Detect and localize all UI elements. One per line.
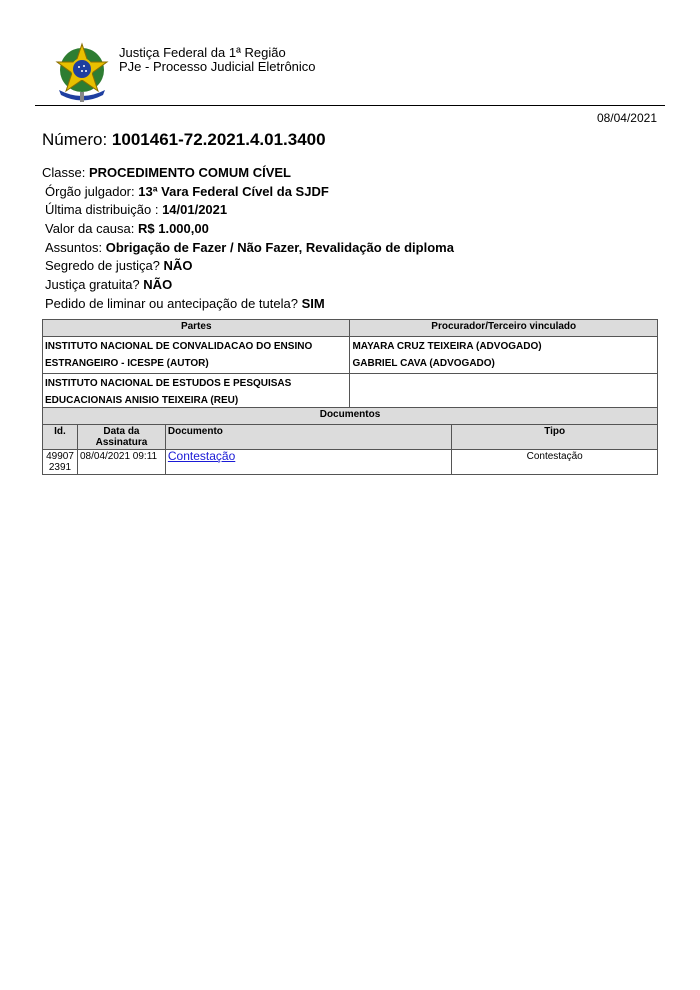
date-header: Data da Assinatura [77, 425, 165, 450]
document-cell: Contestação [165, 450, 451, 475]
field-label: Valor da causa: [45, 221, 134, 236]
field-label: Classe: [42, 165, 85, 180]
field-value: 14/01/2021 [162, 202, 227, 217]
field-value: PROCEDIMENTO COMUM CÍVEL [89, 165, 291, 180]
process-info: Classe: PROCEDIMENTO COMUM CÍVEL Órgão j… [42, 164, 454, 314]
documents-table: Documentos Id. Data da Assinatura Docume… [42, 407, 658, 475]
document-id-line: 2391 [45, 462, 75, 473]
field-classe: Classe: PROCEDIMENTO COMUM CÍVEL [42, 164, 454, 183]
field-label: Pedido de liminar ou antecipação de tute… [45, 296, 298, 311]
documents-title: Documentos [43, 408, 658, 425]
process-number: Número: 1001461-72.2021.4.01.3400 [42, 130, 326, 150]
document-type: Contestação [452, 450, 658, 475]
field-ultima-distribuicao: Última distribuição : 14/01/2021 [42, 201, 454, 220]
document-header: Documento [165, 425, 451, 450]
brazil-coat-of-arms-icon [49, 40, 115, 106]
print-date: 08/04/2021 [597, 111, 657, 125]
field-value: 13ª Vara Federal Cível da SJDF [138, 184, 329, 199]
date-header-line: Data da [80, 426, 163, 437]
field-valor-causa: Valor da causa: R$ 1.000,00 [42, 220, 454, 239]
field-label: Última distribuição : [45, 202, 158, 217]
date-header-line: Assinatura [80, 437, 163, 448]
parties-table: Partes Procurador/Terceiro vinculado INS… [42, 319, 658, 411]
party-name: INSTITUTO NACIONAL DE CONVALIDACAO DO EN… [45, 338, 347, 355]
table-row: INSTITUTO NACIONAL DE CONVALIDACAO DO EN… [43, 337, 658, 374]
header-divider [35, 105, 665, 106]
field-value: NÃO [164, 258, 193, 273]
document-id: 49907 2391 [43, 450, 78, 475]
document-date: 08/04/2021 09:11 [77, 450, 165, 475]
attorney-header: Procurador/Terceiro vinculado [350, 320, 658, 337]
attorney-cell [350, 374, 658, 411]
page-header: Justiça Federal da 1ª Região PJe - Proce… [35, 38, 665, 106]
party-name: ESTRANGEIRO - ICESPE (AUTOR) [45, 355, 347, 372]
header-title: Justiça Federal da 1ª Região PJe - Proce… [119, 46, 316, 74]
parties-header: Partes [43, 320, 350, 337]
field-orgao-julgador: Órgão julgador: 13ª Vara Federal Cível d… [42, 183, 454, 202]
field-value: NÃO [143, 277, 172, 292]
field-assuntos: Assuntos: Obrigação de Fazer / Não Fazer… [42, 239, 454, 258]
court-name: Justiça Federal da 1ª Região [119, 46, 316, 60]
field-pedido-liminar: Pedido de liminar ou antecipação de tute… [42, 295, 454, 314]
attorney-name: GABRIEL CAVA (ADVOGADO) [352, 355, 655, 372]
party-name: INSTITUTO NACIONAL DE ESTUDOS E PESQUISA… [45, 375, 347, 392]
party-cell: INSTITUTO NACIONAL DE ESTUDOS E PESQUISA… [43, 374, 350, 411]
document-id-line: 49907 [45, 451, 75, 462]
party-cell: INSTITUTO NACIONAL DE CONVALIDACAO DO EN… [43, 337, 350, 374]
field-value: Obrigação de Fazer / Não Fazer, Revalida… [106, 240, 454, 255]
field-label: Segredo de justiça? [45, 258, 160, 273]
attorney-cell: MAYARA CRUZ TEIXEIRA (ADVOGADO) GABRIEL … [350, 337, 658, 374]
table-row: 49907 2391 08/04/2021 09:11 Contestação … [43, 450, 658, 475]
type-header: Tipo [452, 425, 658, 450]
field-label: Justiça gratuita? [45, 277, 140, 292]
id-header: Id. [43, 425, 78, 450]
system-name: PJe - Processo Judicial Eletrônico [119, 60, 316, 74]
process-number-label: Número: [42, 130, 107, 149]
field-value: R$ 1.000,00 [138, 221, 209, 236]
field-label: Assuntos: [45, 240, 102, 255]
field-value: SIM [302, 296, 325, 311]
field-segredo-justica: Segredo de justiça? NÃO [42, 257, 454, 276]
process-number-value: 1001461-72.2021.4.01.3400 [112, 130, 326, 149]
field-justica-gratuita: Justiça gratuita? NÃO [42, 276, 454, 295]
document-link[interactable]: Contestação [168, 449, 235, 463]
table-row: INSTITUTO NACIONAL DE ESTUDOS E PESQUISA… [43, 374, 658, 411]
attorney-name: MAYARA CRUZ TEIXEIRA (ADVOGADO) [352, 338, 655, 355]
field-label: Órgão julgador: [45, 184, 135, 199]
